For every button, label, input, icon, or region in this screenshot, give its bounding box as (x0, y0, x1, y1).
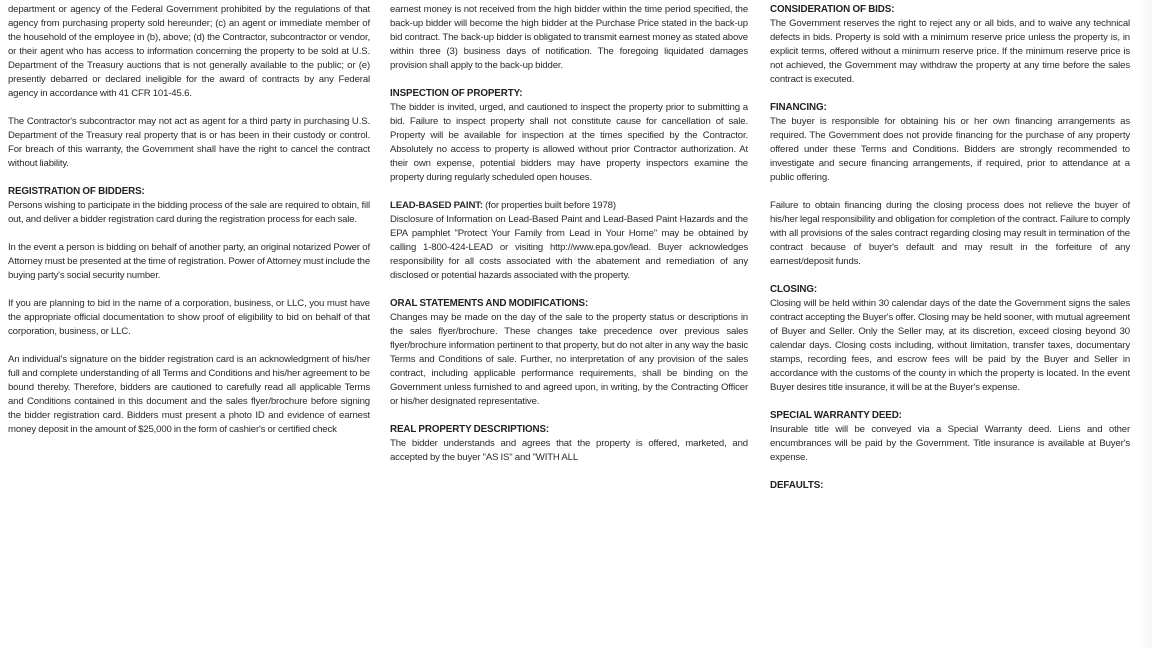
left-column: The bidder warrants that he/she is not: … (8, 0, 370, 451)
bidder-warranty-paragraph: The bidder warrants that he/she is not: … (8, 0, 370, 101)
registration-paragraph-3: If you are planning to bid in the name o… (8, 297, 370, 339)
registration-of-bidders-section: REGISTRATION OF BIDDERS: Persons wishing… (8, 185, 370, 437)
page-edge-shadow (1138, 0, 1152, 648)
defaults-section: DEFAULTS: (770, 479, 1130, 493)
middle-column: days after receiving total earnest money… (390, 0, 748, 479)
financing-section: FINANCING: The buyer is responsible for … (770, 101, 1130, 269)
registration-paragraph-1: Persons wishing to participate in the bi… (8, 199, 370, 227)
financing-heading: FINANCING: (770, 101, 1130, 115)
lead-paint-heading: LEAD-BASED PAINT: (390, 200, 483, 211)
lead-paint-section: LEAD-BASED PAINT: (for properties built … (390, 199, 748, 283)
registration-paragraph-2: In the event a person is bidding on beha… (8, 241, 370, 283)
right-column: CONSIDERATION OF BIDS: The Government re… (770, 0, 1130, 507)
lead-paint-heading-line: LEAD-BASED PAINT: (for properties built … (390, 199, 748, 213)
warranty-deed-body: Insurable title will be conveyed via a S… (770, 423, 1130, 465)
oral-statements-body: Changes may be made on the day of the sa… (390, 311, 748, 409)
warranty-deed-heading: SPECIAL WARRANTY DEED: (770, 409, 1130, 423)
terms-and-conditions-page: The bidder warrants that he/she is not: … (0, 0, 1152, 648)
oral-statements-section: ORAL STATEMENTS AND MODIFICATIONS: Chang… (390, 297, 748, 409)
financing-paragraph-2: Failure to obtain financing during the c… (770, 199, 1130, 269)
oral-statements-heading: ORAL STATEMENTS AND MODIFICATIONS: (390, 297, 748, 311)
inspection-section: INSPECTION OF PROPERTY: The bidder is in… (390, 87, 748, 185)
registration-paragraph-4: An individual's signature on the bidder … (8, 353, 370, 437)
financing-paragraph-1: The buyer is responsible for obtaining h… (770, 115, 1130, 185)
inspection-heading: INSPECTION OF PROPERTY: (390, 87, 748, 101)
closing-heading: CLOSING: (770, 283, 1130, 297)
lead-paint-body: Disclosure of Information on Lead-Based … (390, 213, 748, 283)
real-property-body: The bidder understands and agrees that t… (390, 437, 748, 465)
closing-section: CLOSING: Closing will be held within 30 … (770, 283, 1130, 395)
subcontractor-paragraph: The Contractor's subcontractor may not a… (8, 115, 370, 171)
consideration-section: CONSIDERATION OF BIDS: The Government re… (770, 3, 1130, 87)
consideration-heading: CONSIDERATION OF BIDS: (770, 3, 1130, 17)
backup-bidder-paragraph: days after receiving total earnest money… (390, 0, 748, 73)
real-property-section: REAL PROPERTY DESCRIPTIONS: The bidder u… (390, 423, 748, 465)
inspection-body: The bidder is invited, urged, and cautio… (390, 101, 748, 185)
defaults-heading: DEFAULTS: (770, 479, 1130, 493)
lead-paint-subheading: (for properties built before 1978) (485, 200, 616, 211)
warranty-deed-section: SPECIAL WARRANTY DEED: Insurable title w… (770, 409, 1130, 465)
consideration-body: The Government reserves the right to rej… (770, 17, 1130, 87)
closing-body: Closing will be held within 30 calendar … (770, 297, 1130, 395)
registration-heading: REGISTRATION OF BIDDERS: (8, 185, 370, 199)
real-property-heading: REAL PROPERTY DESCRIPTIONS: (390, 423, 748, 437)
